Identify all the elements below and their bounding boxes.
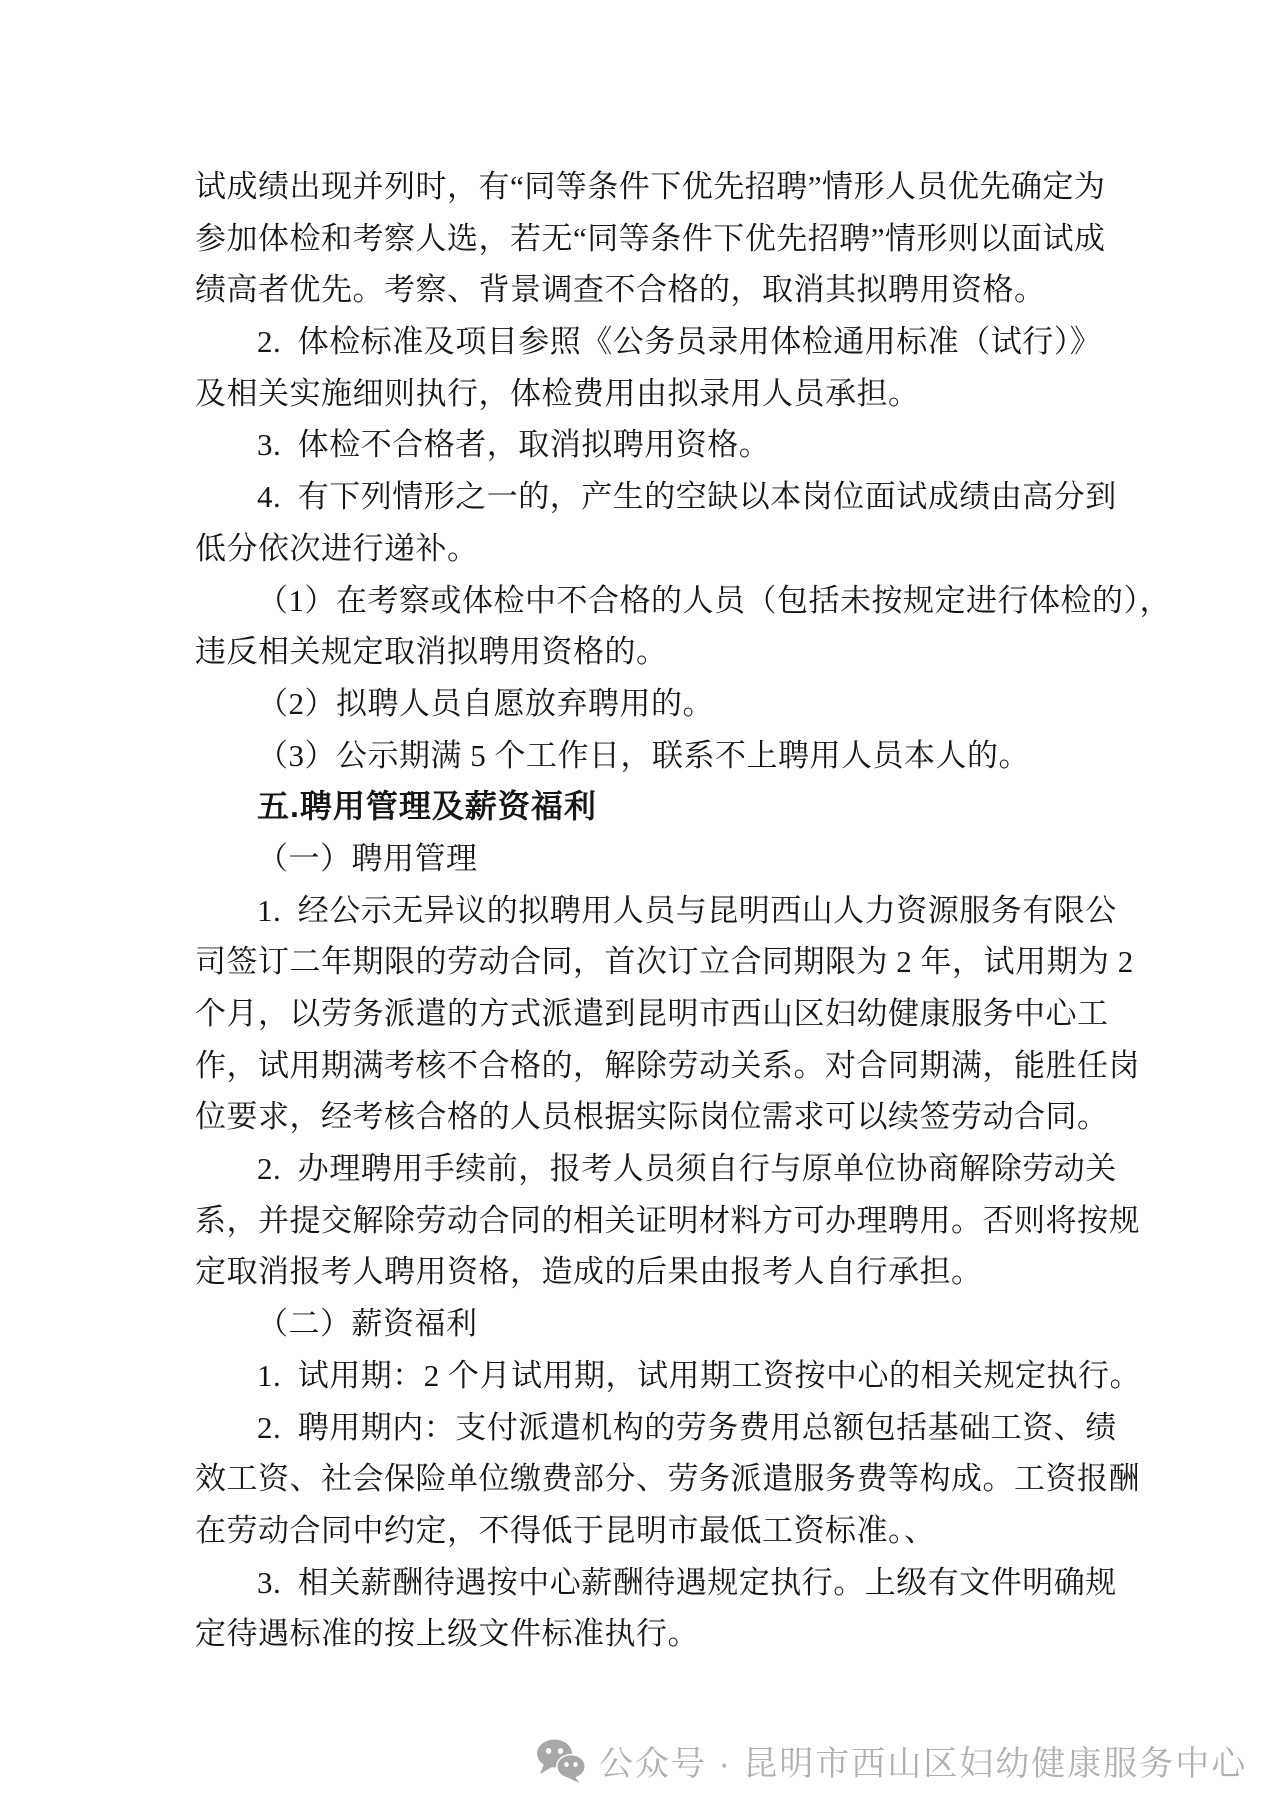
text-line: （二）薪资福利 <box>195 1298 1090 1350</box>
text-line: （1）在考察或体检中不合格的人员（包括未按规定进行体检的）， <box>195 575 1090 627</box>
text-line: 2. 体检标准及项目参照《公务员录用体检通用标准（试行）》 <box>195 316 1090 368</box>
text-line: （一）聘用管理 <box>195 833 1090 885</box>
text-line: 在劳动合同中约定，不得低于昆明市最低工资标准。、 <box>195 1505 1090 1557</box>
text-line: 1. 试用期：2 个月试用期，试用期工资按中心的相关规定执行。 <box>195 1350 1090 1402</box>
document-body: 试成绩出现并列时，有“同等条件下优先招聘”情形人员优先确定为参加体检和考察人选，… <box>195 161 1090 1660</box>
text-line: 位要求，经考核合格的人员根据实际岗位需求可以续签劳动合同。 <box>195 1091 1090 1143</box>
text-line: 1. 经公示无异议的拟聘用人员与昆明西山人力资源服务有限公 <box>195 885 1090 937</box>
wechat-watermark: 公众号 · 昆明市西山区妇幼健康服务中心 <box>536 1736 1247 1785</box>
text-line: （2）拟聘人员自愿放弃聘用的。 <box>195 678 1090 730</box>
document-page: 试成绩出现并列时，有“同等条件下优先招聘”情形人员优先确定为参加体检和考察人选，… <box>0 0 1280 1810</box>
text-line: 3. 体检不合格者，取消拟聘用资格。 <box>195 419 1090 471</box>
text-line: 违反相关规定取消拟聘用资格的。 <box>195 626 1090 678</box>
text-line: 参加体检和考察人选，若无“同等条件下优先招聘”情形则以面试成 <box>195 213 1090 265</box>
text-line: （3）公示期满 5 个工作日，联系不上聘用人员本人的。 <box>195 730 1090 782</box>
text-line: 系，并提交解除劳动合同的相关证明材料方可办理聘用。否则将按规 <box>195 1195 1090 1247</box>
text-line: 4. 有下列情形之一的，产生的空缺以本岗位面试成绩由高分到 <box>195 471 1090 523</box>
watermark-label: 公众号 · 昆明市西山区妇幼健康服务中心 <box>599 1736 1247 1785</box>
text-line: 绩高者优先。考察、背景调查不合格的，取消其拟聘用资格。 <box>195 264 1090 316</box>
text-line: 试成绩出现并列时，有“同等条件下优先招聘”情形人员优先确定为 <box>195 161 1090 213</box>
wechat-icon <box>536 1739 586 1783</box>
text-line: 作，试用期满考核不合格的，解除劳动关系。对合同期满，能胜任岗 <box>195 1040 1090 1092</box>
text-line: 司签订二年期限的劳动合同，首次订立合同期限为 2 年，试用期为 2 <box>195 936 1090 988</box>
text-line: 定取消报考人聘用资格，造成的后果由报考人自行承担。 <box>195 1246 1090 1298</box>
text-line: 及相关实施细则执行，体检费用由拟录用人员承担。 <box>195 368 1090 420</box>
text-line: 定待遇标准的按上级文件标准执行。 <box>195 1608 1090 1660</box>
text-line: 低分依次进行递补。 <box>195 523 1090 575</box>
section-heading: 五.聘用管理及薪资福利 <box>195 781 1090 833</box>
text-line: 个月，以劳务派遣的方式派遣到昆明市西山区妇幼健康服务中心工 <box>195 988 1090 1040</box>
text-line: 2. 办理聘用手续前，报考人员须自行与原单位协商解除劳动关 <box>195 1143 1090 1195</box>
text-line: 效工资、社会保险单位缴费部分、劳务派遣服务费等构成。工资报酬 <box>195 1453 1090 1505</box>
text-line: 2. 聘用期内：支付派遣机构的劳务费用总额包括基础工资、绩 <box>195 1402 1090 1454</box>
text-line: 3. 相关薪酬待遇按中心薪酬待遇规定执行。上级有文件明确规 <box>195 1557 1090 1609</box>
